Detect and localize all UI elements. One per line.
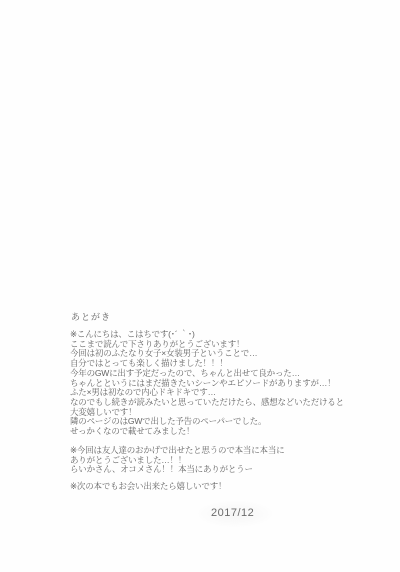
thanks-line: らいかさん、オコメさん！！本当にありがとうー [70,465,284,475]
afterword-closing: ※次の本でもお会い出来たら嬉しいです！ [70,482,226,492]
afterword-page: あとがき ※こんにちは、こはちです(･´ ｀･) ここまで読んで下さりありがとう… [0,0,400,572]
afterword-title: あとがき [71,310,111,323]
body-line: せっかくなので載せてみました！ [70,427,344,437]
closing-line: ※次の本でもお会い出来たら嬉しいです！ [70,482,226,492]
afterword-thanks: ※今回は友人達のおかげで出せたと思うので本当に本当に ありがとうございました…！… [70,446,284,475]
afterword-body: ※こんにちは、こはちです(･´ ｀･) ここまで読んで下さりありがとうございます… [70,330,344,437]
date-label: 2017/12 [211,507,254,519]
